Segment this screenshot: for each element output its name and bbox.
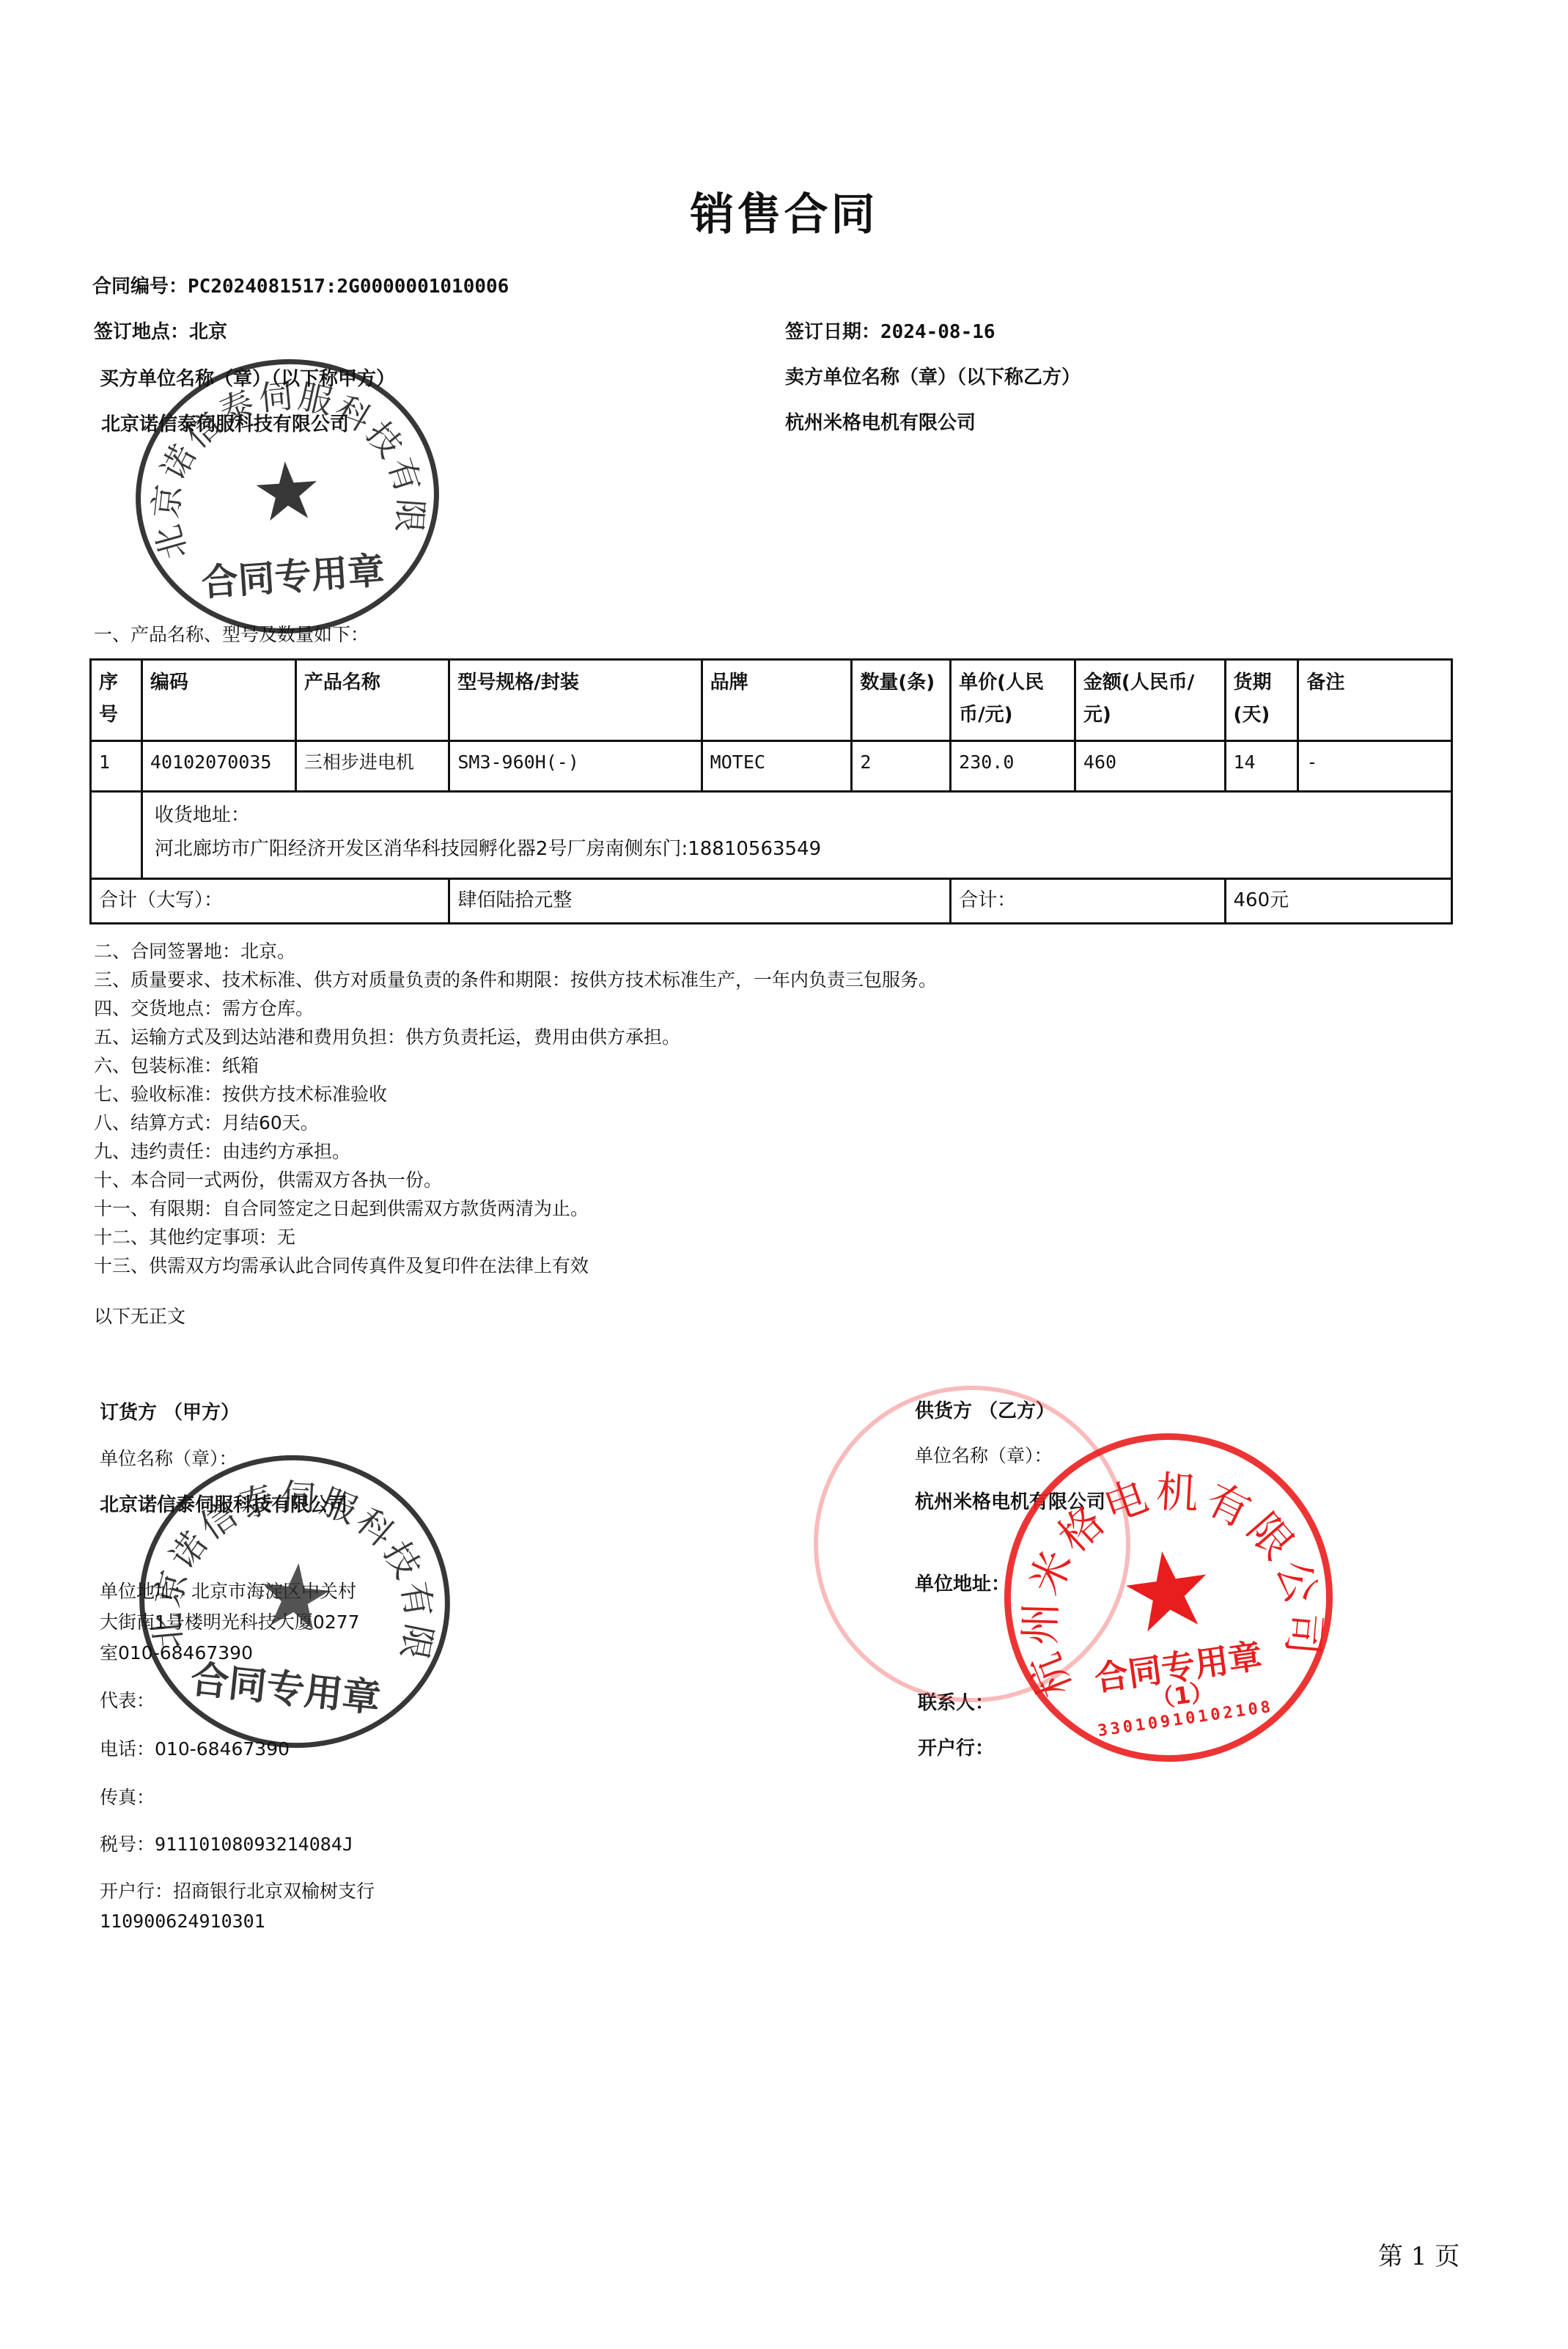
buyer-phone-value: 010-68467390 [155, 1738, 290, 1760]
contract-title: 销售合同 [0, 180, 1568, 243]
clause-item: 七、验收标准：按供方技术标准验收 [94, 1080, 937, 1109]
seal-code: 3301091010210​8 [1028, 1688, 1343, 1751]
buyer-phone-label: 电话： [100, 1738, 155, 1760]
header-unit-price: 单价(人民币/元) [951, 660, 1075, 741]
sign-place-label: 签订地点： [94, 321, 189, 343]
section1-heading: 一、产品名称、型号及数量如下： [94, 620, 369, 647]
seal-bottom-text: 合同专用章 [1018, 1619, 1337, 1710]
sign-date: 签订日期：2024-08-16 [785, 317, 995, 344]
clause-item: 九、违约责任：由违约方承担。 [94, 1137, 937, 1166]
clause-item: 十三、供需双方均需承认此合同传真件及复印件在法律上有效 [94, 1251, 937, 1280]
page-footer: 第 1 页 [1378, 2236, 1460, 2272]
total-label: 合计： [951, 879, 1225, 924]
buyer-tax-label: 税号： [100, 1834, 155, 1855]
buyer-rep-label: 代表： [100, 1686, 155, 1713]
header-lead-time: 货期(天) [1225, 660, 1298, 741]
end-note: 以下无正文 [94, 1302, 185, 1328]
header-code: 编码 [141, 660, 295, 741]
clause-item: 六、包装标准：纸箱 [94, 1051, 937, 1080]
clause-item: 四、交货地点：需方仓库。 [94, 994, 937, 1023]
clause-item: 十、本合同一式两份，供需双方各执一份。 [94, 1166, 937, 1194]
buyer-tax: 税号：91110108093214084J [100, 1830, 353, 1856]
total-row: 合计（大写）： 肆佰陆拾元整 合计： 460元 [91, 879, 1452, 924]
contract-number: 合同编号：PC2024081517:2G0000001010006 [92, 271, 509, 298]
total-uppercase-value: 肆佰陆拾元整 [449, 879, 951, 924]
cell-brand: MOTEC [702, 741, 852, 792]
sign-place-value: 北京 [189, 321, 227, 343]
seal-sub-text: （1） [1023, 1655, 1340, 1732]
cell-model: SM3-960H(-) [449, 741, 702, 792]
contract-number-label: 合同编号： [92, 276, 188, 298]
cell-unit-price: 230.0 [951, 741, 1075, 792]
buyer-account: 110900624910301 [100, 1911, 265, 1932]
seller-unit-name: 杭州米格电机有限公司 [915, 1487, 1105, 1514]
sign-place: 签订地点：北京 [94, 317, 227, 344]
clauses-list: 二、合同签署地：北京。三、质量要求、技术标准、供方对质量负责的条件和期限：按供方… [94, 937, 937, 1280]
buyer-name: 北京诺信泰伺服科技有限公司 [101, 409, 349, 436]
buyer-tax-value: 91110108093214084J [155, 1834, 353, 1855]
buyer-bank-value: 招商银行北京双榆树支行 [173, 1881, 375, 1902]
delivery-address-cell: 收货地址： 河北廊坊市广阳经济开发区消华科技园孵化器2号厂房南侧东门:18810… [141, 792, 1451, 879]
cell-lead-time: 14 [1225, 741, 1298, 792]
buyer-bank: 开户行：招商银行北京双榆树支行 [100, 1877, 375, 1903]
header-index: 序号 [91, 660, 142, 741]
seller-heading: 卖方单位名称（章）（以下称乙方） [785, 362, 1081, 389]
header-brand: 品牌 [702, 660, 852, 741]
clause-item: 二、合同签署地：北京。 [94, 937, 937, 966]
clause-item: 五、运输方式及到达站港和费用负担：供方负责托运，费用由供方承担。 [94, 1023, 937, 1051]
buyer-bank-label: 开户行： [100, 1881, 173, 1902]
product-table: 序号 编码 产品名称 型号规格/封装 品牌 数量(条) 单价(人民币/元) 金额… [89, 658, 1453, 924]
cell-remark: - [1298, 741, 1452, 792]
faint-seller-seal [814, 1386, 1130, 1702]
sign-date-value: 2024-08-16 [880, 321, 995, 343]
sign-date-label: 签订日期： [785, 321, 880, 343]
delivery-address-label: 收货地址： [155, 798, 1443, 832]
buyer-address-line: 室010-68467390 [100, 1638, 360, 1669]
table-row: 1 40102070035 三相步进电机 SM3-960H(-) MOTEC 2… [91, 741, 1452, 792]
buyer-contract-seal-top: 北京诺信泰伺服科技有限公司 合同专用章 [126, 349, 448, 644]
cell-amount: 460 [1075, 741, 1225, 792]
seller-unit-name-label: 单位名称（章）： [915, 1441, 1053, 1468]
buyer-heading: 买方单位名称（章）（以下称甲方） [100, 364, 395, 391]
clause-item: 十二、其他约定事项：无 [94, 1223, 937, 1251]
seal-arc-text: 北京诺信泰伺服科技有限公司 [132, 354, 443, 638]
seller-block-heading: 供货方 （乙方） [915, 1396, 1055, 1423]
cell-index: 1 [91, 741, 142, 792]
buyer-address-line: 单位地址：北京市海淀区中关村 [100, 1576, 360, 1607]
header-product-name: 产品名称 [295, 660, 449, 741]
star-icon [1118, 1541, 1218, 1641]
buyer-block-heading: 订货方 （甲方） [100, 1397, 240, 1425]
clause-item: 三、质量要求、技术标准、供方对质量负责的条件和期限：按供方技术标准生产，一年内负… [94, 966, 937, 994]
contract-number-value: PC2024081517:2G0000001010006 [188, 276, 509, 298]
clause-item: 八、结算方式：月结60天。 [94, 1109, 937, 1137]
buyer-fax-label: 传真： [100, 1783, 155, 1809]
clause-item: 十一、有限期：自合同签定之日起到供需双方款货两清为止。 [94, 1194, 937, 1223]
buyer-address-line: 大街南1号楼明光科技大厦0277 [100, 1607, 360, 1638]
svg-text:杭州米格电机有限公司: 杭州米格电机有限公司 [993, 1446, 1338, 1706]
buyer-unit-name: 北京诺信泰伺服科技有限公司 [100, 1490, 347, 1517]
seal-arc-text: 杭州米格电机有限公司 [990, 1419, 1347, 1776]
total-uppercase-label: 合计（大写）： [91, 879, 449, 924]
table-header-row: 序号 编码 产品名称 型号规格/封装 品牌 数量(条) 单价(人民币/元) 金额… [91, 660, 1452, 741]
buyer-phone: 电话：010-68467390 [100, 1735, 290, 1761]
star-icon [251, 456, 322, 526]
buyer-unit-name-label: 单位名称（章）： [100, 1444, 238, 1471]
delivery-address-row: 收货地址： 河北廊坊市广阳经济开发区消华科技园孵化器2号厂房南侧东门:18810… [91, 792, 1452, 879]
seller-address-label: 单位地址： [915, 1569, 1010, 1596]
header-model: 型号规格/封装 [449, 660, 702, 741]
cell-code: 40102070035 [141, 741, 295, 792]
header-quantity: 数量(条) [852, 660, 951, 741]
seller-name: 杭州米格电机有限公司 [785, 408, 976, 435]
header-remark: 备注 [1298, 660, 1452, 741]
seller-contact-label: 联系人： [918, 1688, 994, 1715]
seller-bank-label: 开户行： [918, 1733, 994, 1760]
cell-quantity: 2 [852, 741, 951, 792]
buyer-address: 单位地址：北京市海淀区中关村 大街南1号楼明光科技大厦0277 室010-684… [100, 1576, 360, 1669]
header-amount: 金额(人民币/元) [1075, 660, 1225, 741]
total-value: 460元 [1225, 879, 1452, 924]
cell-product-name: 三相步进电机 [295, 741, 449, 792]
seal-bottom-text: 合同专用章 [144, 537, 441, 611]
delivery-address-value: 河北廊坊市广阳经济开发区消华科技园孵化器2号厂房南侧东门:18810563549 [155, 832, 1443, 866]
cell-empty [91, 792, 142, 879]
